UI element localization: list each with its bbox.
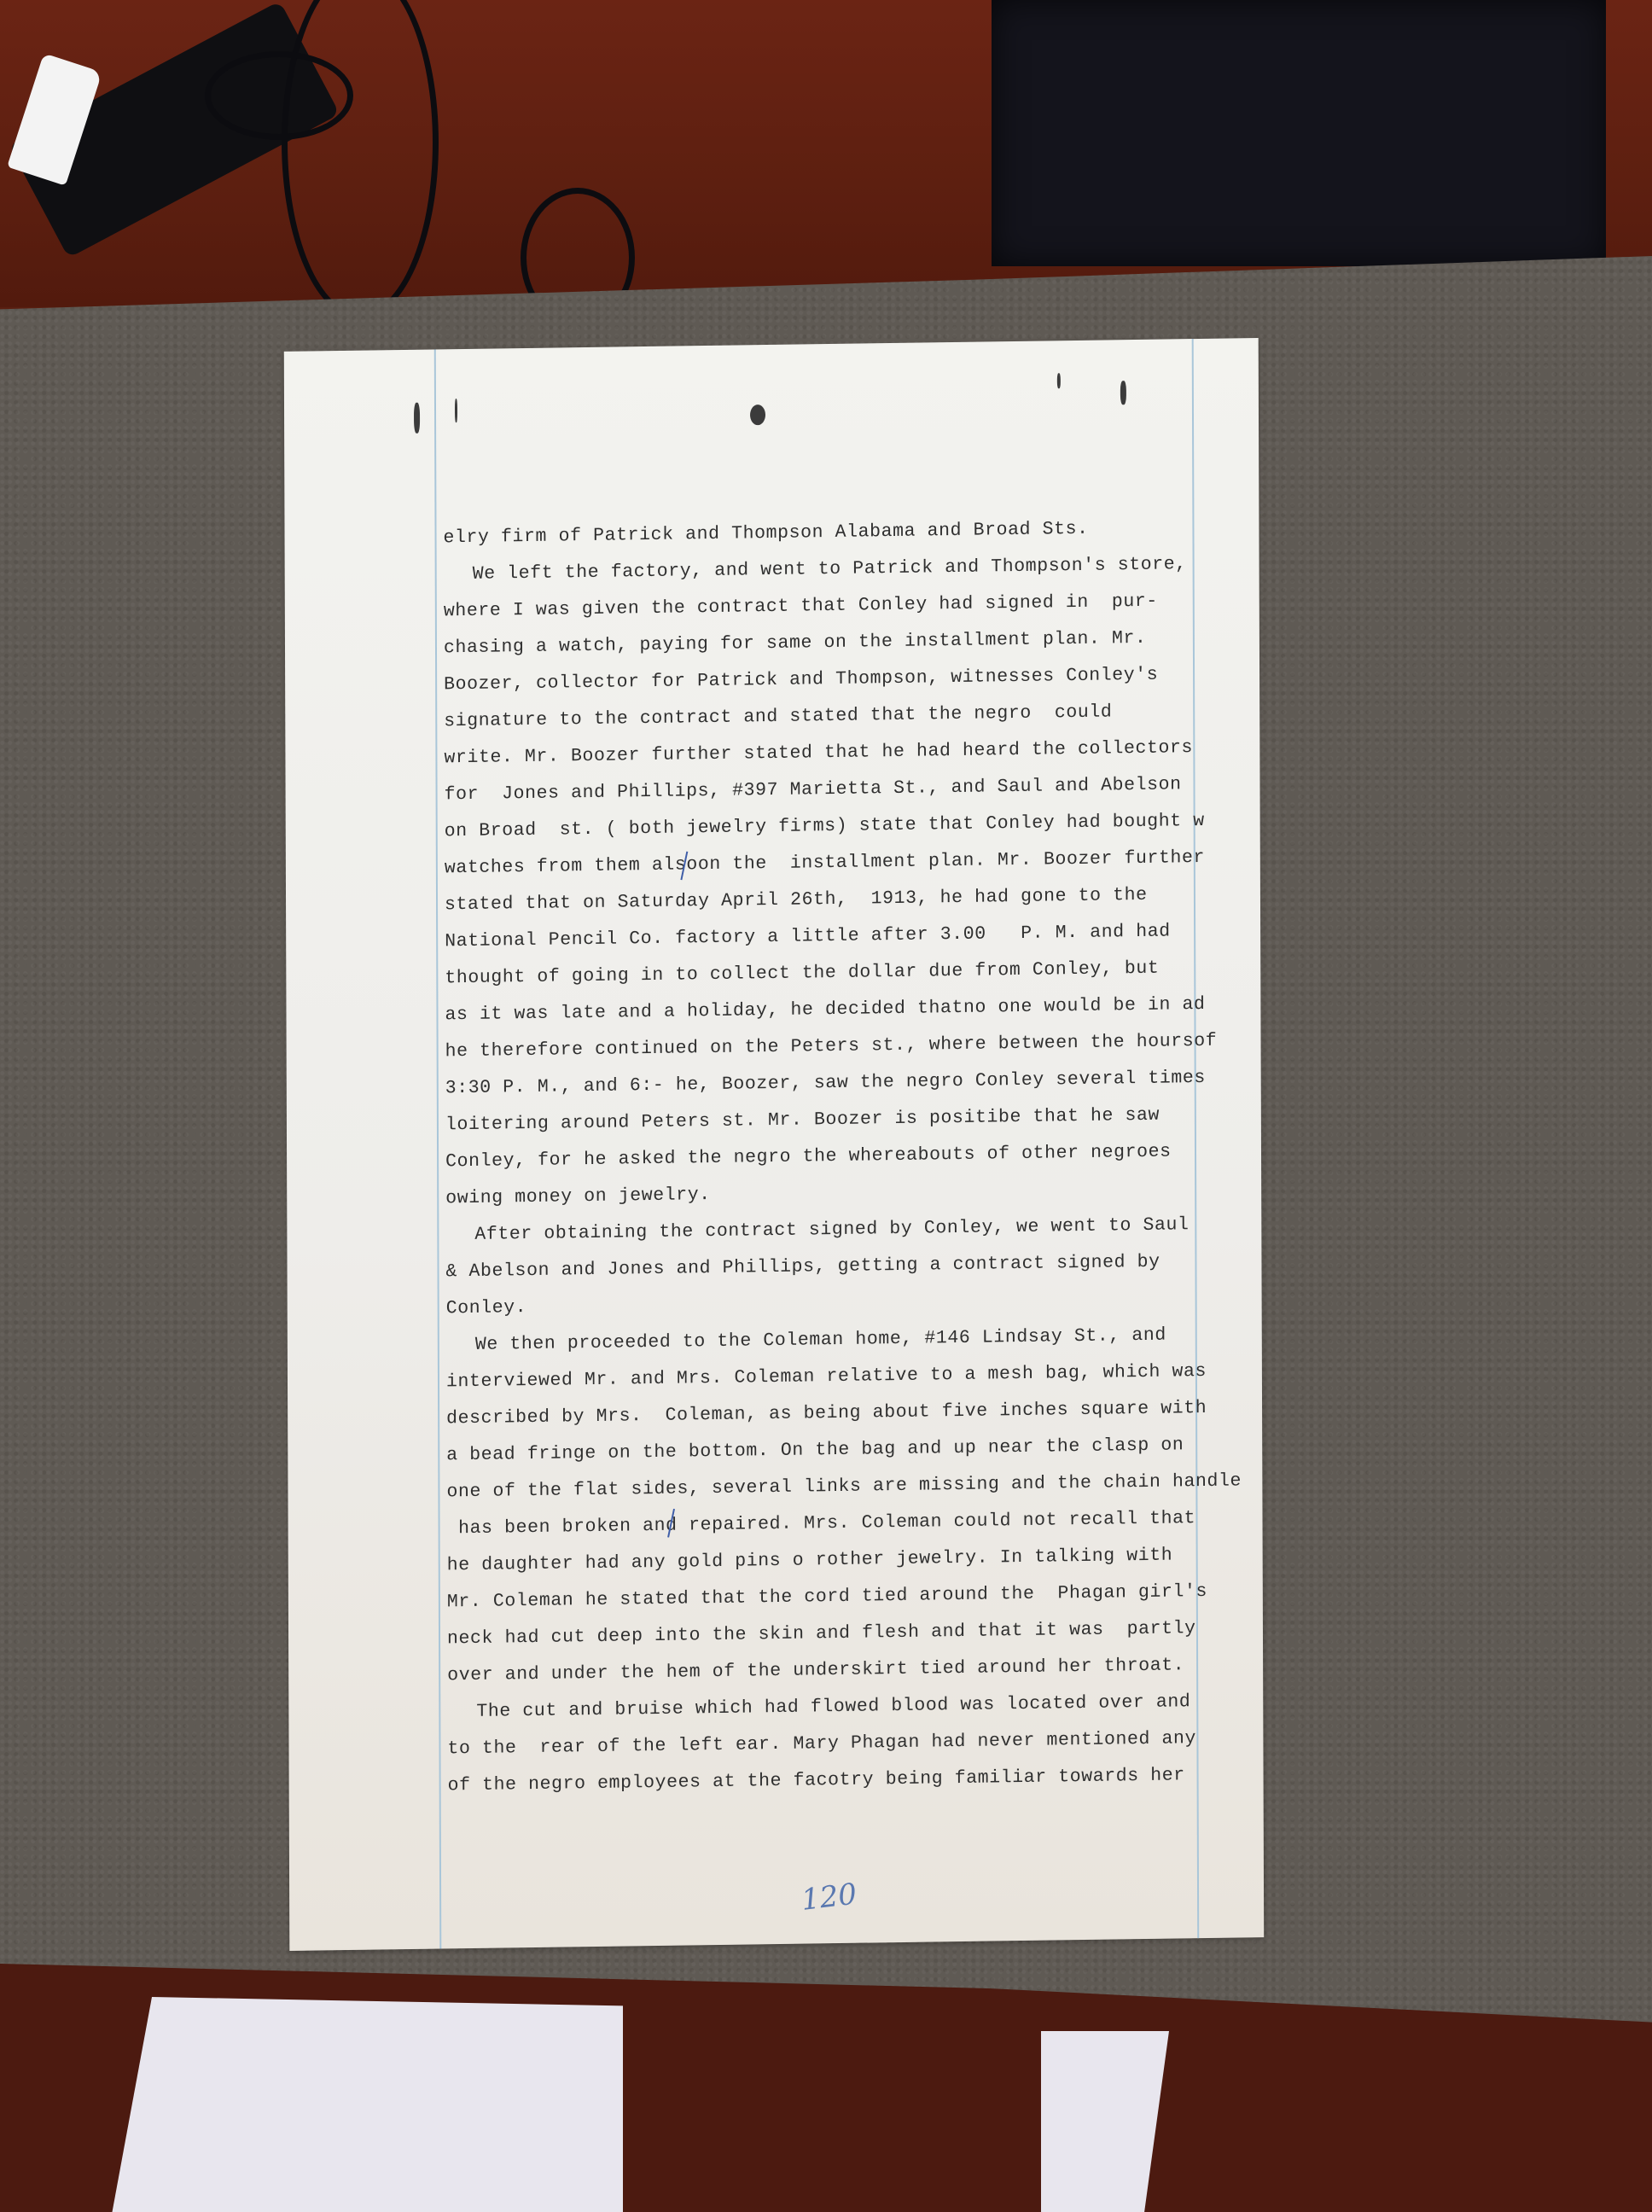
cable [205, 51, 353, 140]
typed-text: elry firm of Patrick and Thompson Alabam… [443, 509, 1215, 1805]
punch-hole-icon [455, 399, 457, 422]
white-sheet-below [111, 1997, 623, 2212]
punch-hole-icon [1120, 381, 1126, 405]
document-page: elry firm of Patrick and Thompson Alabam… [284, 338, 1264, 1951]
left-margin-line [434, 349, 442, 1948]
punch-hole-icon [750, 405, 765, 425]
punch-hole-icon [414, 403, 420, 434]
punch-hole-icon [1057, 373, 1061, 388]
dark-fabric-box [992, 0, 1606, 266]
handwritten-page-number: 120 [800, 1877, 858, 1917]
